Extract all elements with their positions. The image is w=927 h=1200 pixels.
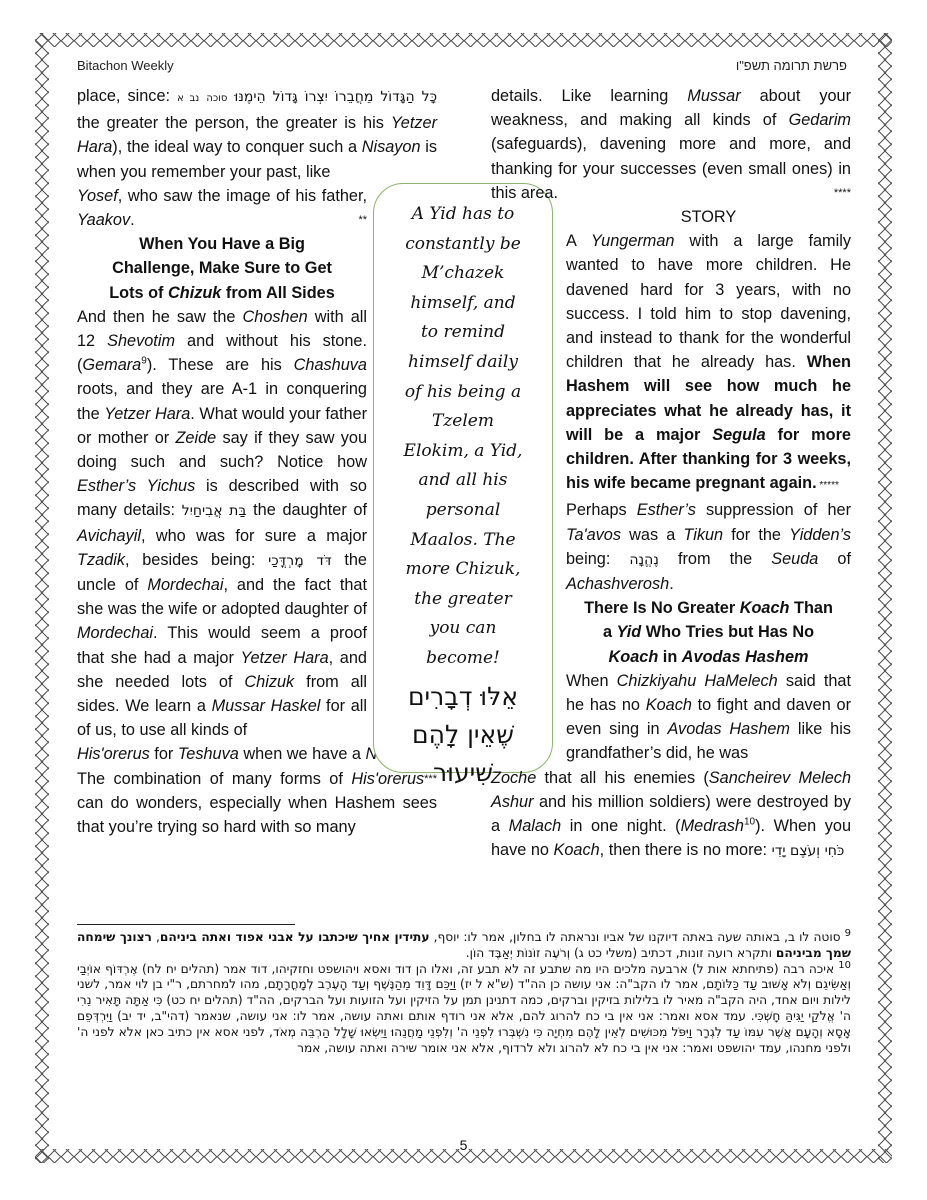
hebrew-quote: כֹּחִי וְעֹצֶם יָדִי <box>772 843 845 859</box>
publication-title: Bitachon Weekly <box>77 58 174 73</box>
section-divider-stars: **** <box>834 181 851 205</box>
parsha-header: פרשת תרומה תשפ"ו <box>736 58 847 73</box>
page-number: 5 <box>0 1137 927 1153</box>
paragraph: Perhaps Esther’s suppression of her Ta'a… <box>566 498 851 596</box>
paragraph: A Yungerman with a large family wanted t… <box>566 229 851 498</box>
footnote-9: 9 סוטה לו ב, באותה שעה באתה דיוקנו של אב… <box>77 930 851 962</box>
hebrew-quote: כָּל הַגָּדוֹל מֵחֲבֵרוֹ יִצְרוֹ גָּדוֹל… <box>234 89 437 105</box>
paragraph: details. Like learning Mussar about your… <box>491 84 851 205</box>
footnotes: 9 סוטה לו ב, באותה שעה באתה דיוקנו של אב… <box>77 930 851 1056</box>
hebrew-quote: דֹּד מָרְדֳּכַי <box>268 553 332 569</box>
paragraph: And then he saw the Choshen with all 12 … <box>77 305 367 743</box>
section-divider-stars: ***** <box>817 480 839 491</box>
source-ref: נב א <box>177 93 199 104</box>
footnote-ref[interactable]: 10 <box>744 817 755 828</box>
footnote-10: 10 איכה רבה (פתיחתא אות ל) ארבעה מלכים ה… <box>77 962 851 1057</box>
paragraph: Zoche that all his enemies (Sancheirev M… <box>491 766 851 864</box>
paragraph: place, since: כָּל הַגָּדוֹל מֵחֲבֵרוֹ י… <box>77 84 437 184</box>
border-left <box>35 33 49 1163</box>
section-heading: When You Have a Big Challenge, Make Sure… <box>77 232 367 305</box>
paragraph: Yosef, who saw the image of his father, … <box>77 184 367 232</box>
section-heading: There Is No Greater Koach Than a Yid Who… <box>566 596 851 669</box>
hebrew-quote: בַּת אֲבִיחַיִל <box>182 503 247 519</box>
section-divider-stars: ** <box>358 208 367 232</box>
hebrew-quote: נֶהֱנָה <box>629 552 659 568</box>
border-right <box>878 33 892 1163</box>
border-top <box>35 33 892 47</box>
story-heading: STORY <box>566 205 851 229</box>
right-column: details. Like learning Mussar about your… <box>491 84 851 864</box>
footnote-separator <box>77 924 295 925</box>
paragraph: When Chizkiyahu HaMelech said that he ha… <box>566 669 851 766</box>
source-ref: סוכה <box>206 93 227 104</box>
